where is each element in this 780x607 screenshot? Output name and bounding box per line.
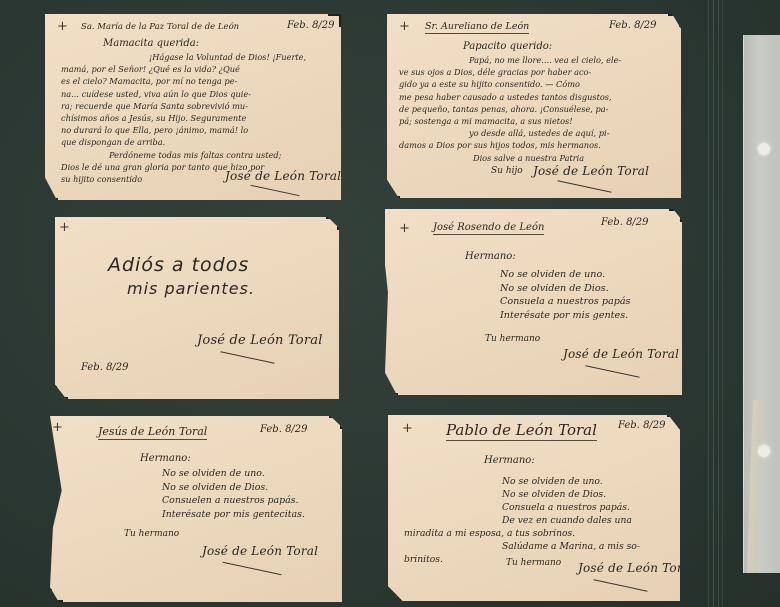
punch-hole: [758, 445, 770, 457]
signature-flourish: [250, 185, 299, 196]
note-card-mother: + Sa. María de la Paz Toral de de León F…: [45, 14, 341, 200]
body-line: No se olviden de Dios.: [404, 488, 678, 501]
signature: José de León Toral: [563, 347, 679, 361]
signature: José de León Toral: [533, 164, 649, 178]
body-line: me pesa haber causado a ustedes tantos d…: [399, 91, 679, 103]
note-card-father: + Sr. Aureliano de León Feb. 8/29 Papaci…: [387, 14, 681, 198]
signature-flourish: [593, 579, 647, 591]
body-line: miradita a mi esposa, a tus sobrinos.: [404, 527, 678, 540]
body-line: de pequeño, tantas penas, ahora. ¡Consué…: [399, 103, 679, 115]
recipient-name: Sr. Aureliano de León: [425, 21, 529, 34]
signature-flourish: [223, 562, 282, 575]
note-date: Feb. 8/29: [81, 362, 129, 373]
body-line: No se olviden de Dios.: [500, 282, 630, 296]
body-line: es el cielo? Mamacita, por mí no tenga p…: [61, 75, 337, 87]
cross-mark: +: [57, 19, 68, 34]
body-line: na... cuídese usted, viva aún lo que Dio…: [61, 88, 337, 100]
binding-line: [722, 0, 723, 607]
cross-mark: +: [59, 220, 70, 235]
body-line: Consuela a nuestros papás: [500, 295, 630, 309]
farewell-line: mis parientes.: [127, 279, 255, 298]
body-line: De vez en cuando dales una: [404, 514, 678, 527]
tissue-interleaf: [743, 35, 780, 573]
recipient-name: Jesús de León Toral: [98, 425, 207, 440]
cross-mark: +: [402, 421, 413, 436]
cross-mark: +: [399, 221, 410, 236]
signature-flourish: [220, 351, 274, 363]
note-card-relatives: + Adiós a todos mis parientes. José de L…: [55, 217, 339, 399]
note-date: Feb. 8/29: [287, 20, 335, 31]
body-line: Papá, no me llore.... vea el cielo, ele-: [399, 54, 679, 66]
body-line: No se olviden de uno.: [162, 467, 305, 481]
recipient-name: Sa. María de la Paz Toral de de León: [81, 22, 239, 32]
note-body: No se olviden de uno. No se olviden de D…: [162, 467, 305, 521]
greeting: Hermano:: [484, 455, 535, 466]
body-line: Perdóneme todas mis faltas contra usted;: [61, 149, 337, 161]
body-line: yo desde allá, ustedes de aquí, pi-: [399, 127, 679, 139]
farewell-line: Adiós a todos: [108, 254, 249, 276]
greeting: Hermano:: [465, 251, 516, 262]
punch-hole: [758, 143, 770, 155]
note-date: Feb. 8/29: [601, 217, 649, 228]
signature: José de León Toral: [197, 333, 323, 348]
note-body: No se olviden de uno. No se olviden de D…: [404, 475, 678, 566]
body-line: No se olviden de uno.: [500, 268, 630, 282]
note-body: ¡Hágase la Voluntad de Dios! ¡Fuerte, ma…: [61, 51, 337, 185]
note-card-jesus: + Jesús de León Toral Feb. 8/29 Hermano:…: [50, 416, 342, 602]
signature: José de León Toral: [578, 561, 680, 575]
cross-mark: +: [52, 420, 63, 435]
closing: Su hijo: [491, 166, 523, 176]
body-line: No se olviden de uno.: [404, 475, 678, 488]
closing: Tu hermano: [124, 529, 179, 539]
note-body: Papá, no me llore.... vea el cielo, ele-…: [399, 54, 679, 164]
closing: Tu hermano: [485, 334, 540, 344]
body-line: no durará lo que Ella, pero ¡ánimo, mamá…: [61, 124, 337, 136]
binding-line: [718, 0, 719, 607]
body-line: ¡Hágase la Voluntad de Dios! ¡Fuerte,: [61, 51, 337, 63]
binding-line: [708, 0, 709, 607]
body-line: Dios salve a nuestra Patria: [399, 152, 679, 164]
body-line: No se olviden de Dios.: [162, 481, 305, 495]
signature-flourish: [557, 180, 611, 192]
body-line: damos a Dios por sus hijos todos, mis he…: [399, 139, 679, 151]
note-date: Feb. 8/29: [260, 424, 308, 435]
body-line: Salúdame a Marina, a mis so-: [404, 540, 678, 553]
body-line: ra; recuerde que María Santa sobrevivió …: [61, 100, 337, 112]
note-card-jose-rosendo: + José Rosendo de León Feb. 8/29 Hermano…: [385, 209, 682, 395]
body-line: Consuelen a nuestros papás.: [162, 494, 305, 508]
note-date: Feb. 8/29: [618, 420, 666, 431]
closing: Tu hermano: [506, 558, 561, 568]
greeting: Mamacita querida:: [103, 38, 199, 49]
body-line: Interésate por mis gentes.: [500, 309, 630, 323]
binding-line: [713, 0, 714, 607]
cross-mark: +: [399, 19, 410, 34]
greeting: Papacito querido:: [463, 41, 552, 52]
signature: José de León Toral: [202, 544, 318, 558]
body-line: chísimos años a Jesús, su Hijo. Segurame…: [61, 112, 337, 124]
note-card-pablo: + Pablo de León Toral Feb. 8/29 Hermano:…: [388, 415, 680, 601]
body-line: que dispongan de arriba.: [61, 136, 337, 148]
body-line: Consuela a nuestros papás.: [404, 501, 678, 514]
body-line: ve sus ojos a Dios, déle gracias por hab…: [399, 66, 679, 78]
recipient-name: Pablo de León Toral: [446, 421, 597, 441]
body-line: pá; sostenga a mi mamacita, a sus nietos…: [399, 115, 679, 127]
signature-flourish: [585, 365, 639, 377]
signature: José de León Toral: [225, 169, 341, 183]
body-line: mamá, por el Señor! ¿Qué es la vida? ¿Qu…: [61, 63, 337, 75]
body-line: Interésate por mis gentecitas.: [162, 508, 305, 522]
body-line: gido ya a este su hijito consentido. — C…: [399, 78, 679, 90]
recipient-name: José Rosendo de León: [433, 222, 544, 235]
note-body: No se olviden de uno. No se olviden de D…: [500, 268, 630, 322]
note-date: Feb. 8/29: [609, 20, 657, 31]
greeting: Hermano:: [140, 453, 191, 464]
